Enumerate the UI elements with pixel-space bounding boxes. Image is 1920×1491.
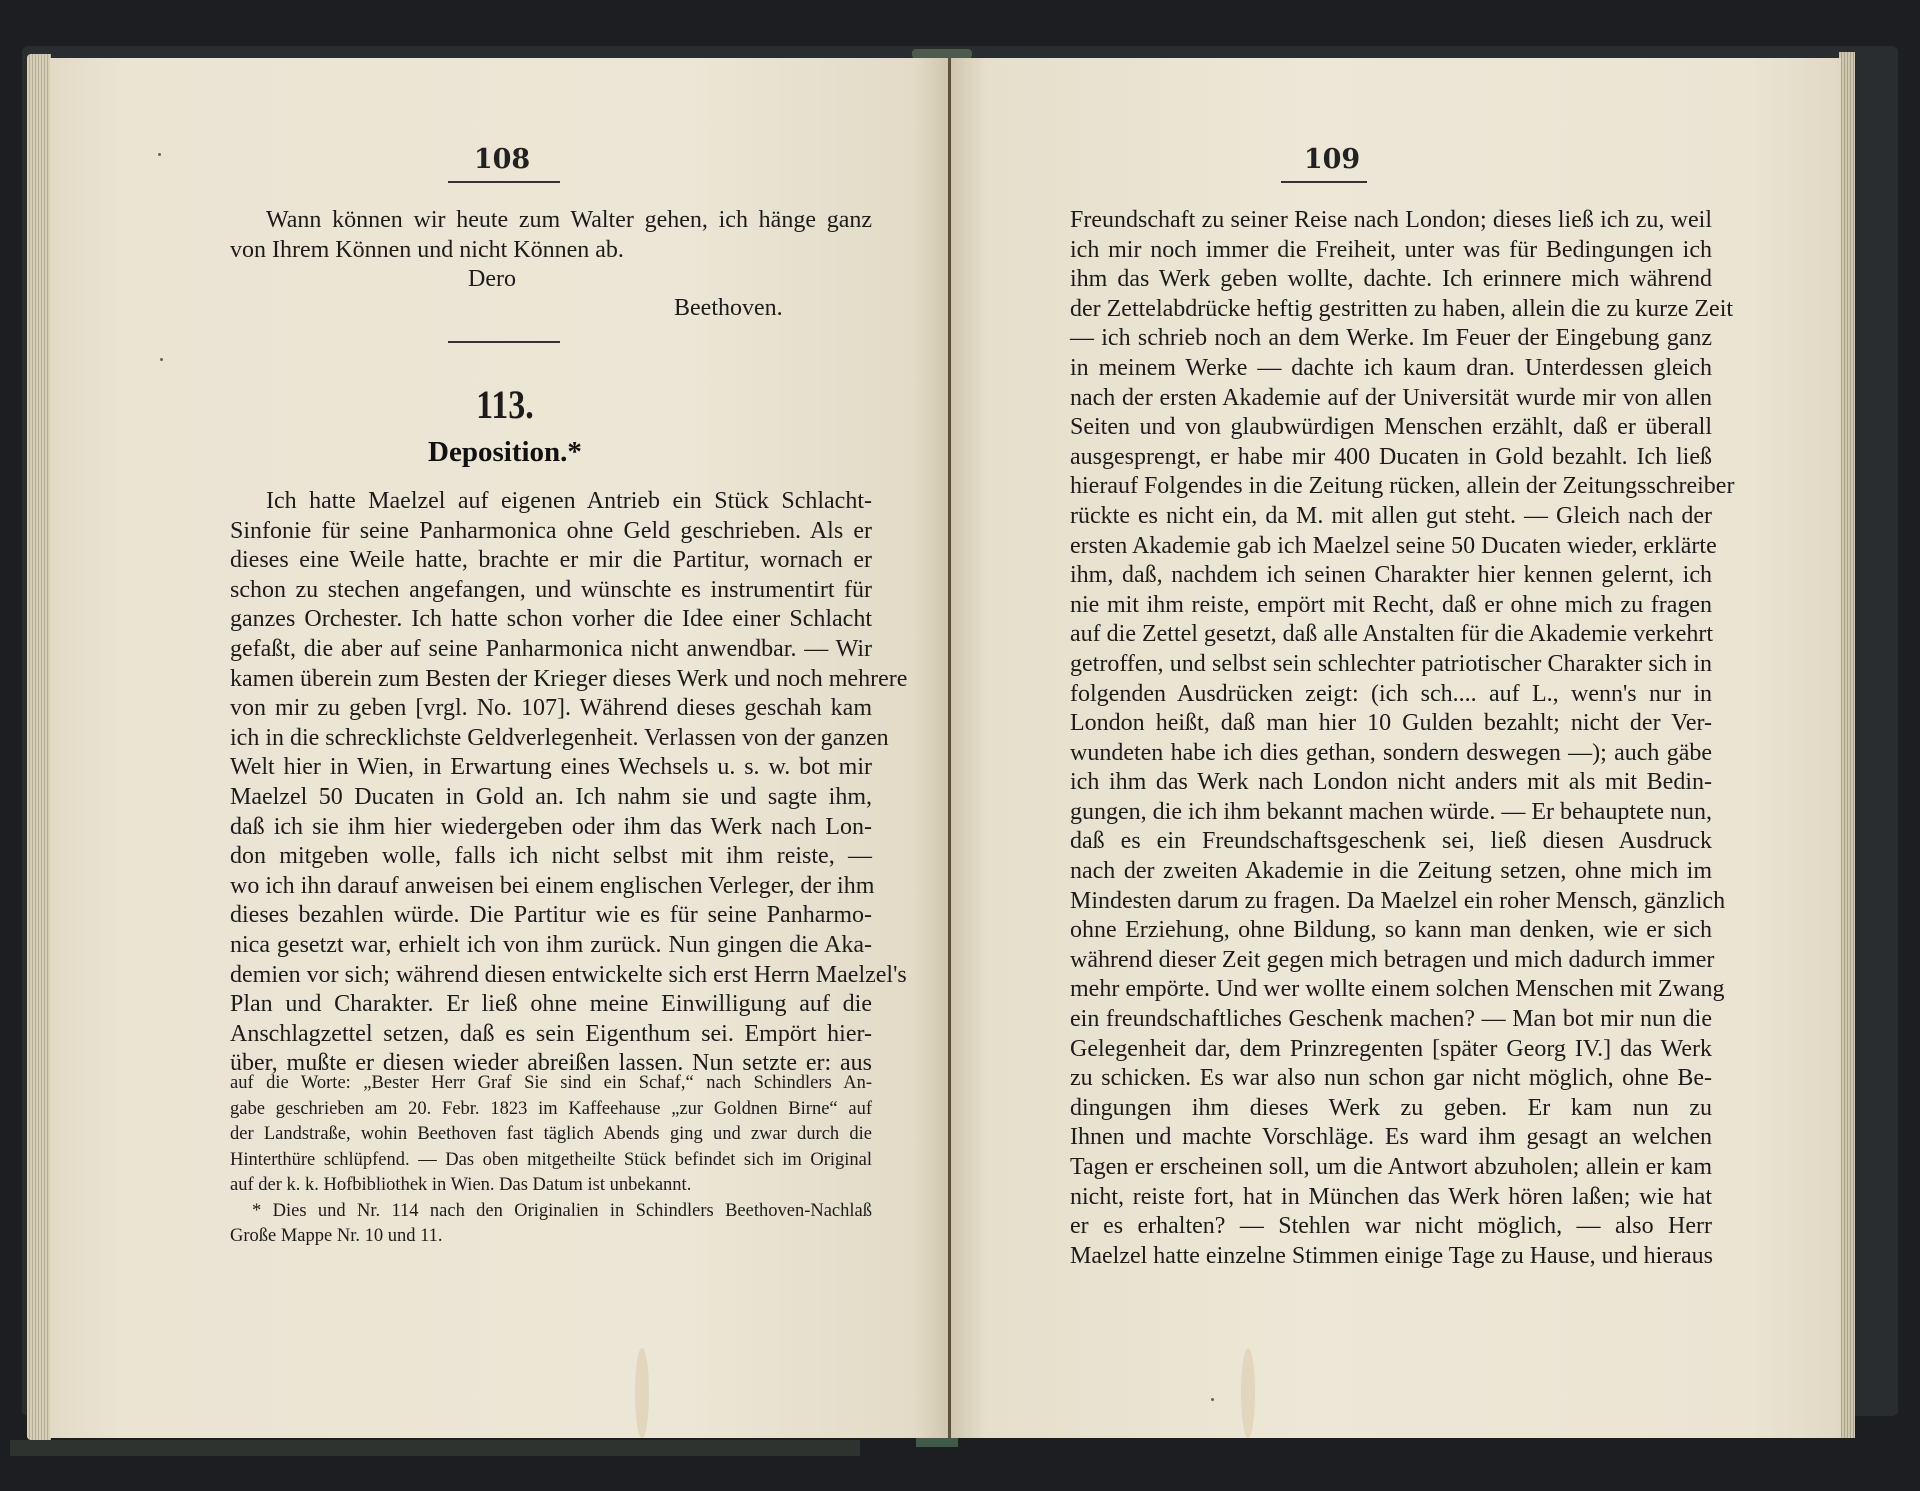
text-line: wundeten habe ich dies gethan, sondern d… (1070, 739, 1712, 769)
left-page: 108 Wann können wir heute zum Walter geh… (50, 58, 950, 1438)
paper-stain (1241, 1348, 1255, 1438)
text-line: rückte es nicht ein, da M. mit allen gut… (1070, 502, 1712, 532)
text-line: nach der zweiten Akademie in die Zeitung… (1070, 857, 1712, 887)
text-line: — ich schrieb noch an dem Werke. Im Feue… (1070, 324, 1712, 354)
text-line: Freundschaft zu seiner Reise nach London… (1070, 206, 1712, 236)
text-line: nach der ersten Akademie auf der Univers… (1070, 384, 1712, 414)
text-line: Ich hatte Maelzel auf eigenen Antrieb ei… (230, 487, 872, 517)
paper-stain (635, 1348, 649, 1438)
text-line: folgenden Ausdrücken zeigt: (ich sch....… (1070, 680, 1712, 710)
text-line: ich mir noch immer die Freiheit, unter w… (1070, 236, 1712, 266)
text-line: der Zettelabdrücke heftig gestritten zu … (1070, 295, 1712, 325)
text-line: ich in die schrecklichste Geldverlegenhe… (230, 724, 872, 754)
paper-fleck (158, 153, 161, 156)
text-line: von mir zu geben [vrgl. No. 107]. Währen… (230, 694, 872, 724)
paper-fleck (160, 358, 163, 361)
signature: Beethoven. (674, 295, 783, 322)
right-page: 109 Freundschaft zu seiner Reise nach Lo… (951, 58, 1841, 1438)
text-line: auf die Zettel gesetzt, daß alle Anstalt… (1070, 620, 1712, 650)
text-line: Sinfonie für seine Panharmonica ohne Gel… (230, 517, 872, 547)
text-line: kamen überein zum Besten der Krieger die… (230, 665, 872, 695)
footnote-line: Hinterthüre schlüpfend. — Das oben mitge… (230, 1148, 872, 1174)
section-rule (448, 341, 560, 343)
page-edges-left (27, 54, 51, 1440)
text-line: ihm, daß, nachdem ich seinen Charakter h… (1070, 561, 1712, 591)
cover-edge (10, 1440, 860, 1456)
text-line: Ihnen und machte Vorschläge. Es ward ihm… (1070, 1123, 1712, 1153)
header-rule (1281, 181, 1367, 183)
text-line: Mindesten darum zu fragen. Da Maelzel ei… (1070, 887, 1712, 917)
text-line: dingungen ihm dieses Werk zu geben. Er k… (1070, 1094, 1712, 1124)
text-line: nicht, reiste fort, hat in München das W… (1070, 1183, 1712, 1213)
text-line: don mitgeben wolle, falls ich nicht selb… (230, 842, 872, 872)
page-number: 109 (1232, 144, 1432, 175)
footnotes: auf die Worte: „Bester Herr Graf Sie sin… (230, 1071, 872, 1250)
text-line: nie mit ihm reiste, empört mit Recht, da… (1070, 591, 1712, 621)
text-line: nica gesetzt war, erhielt ich von ihm zu… (230, 931, 872, 961)
tailband (916, 1437, 958, 1447)
closing-dero: Dero (468, 266, 516, 293)
text-line: Seiten und von glaubwürdigen Menschen er… (1070, 413, 1712, 443)
footnote-line: auf der k. k. Hofbibliothek in Wien. Das… (230, 1173, 872, 1199)
text-line: mehr empörte. Und wer wollte einem solch… (1070, 975, 1712, 1005)
footnote-line: * Dies und Nr. 114 nach den Originalien … (230, 1199, 872, 1225)
page-number: 108 (402, 144, 602, 175)
text-line: gungen, die ich ihm bekannt machen würde… (1070, 798, 1712, 828)
text-line: in meinem Werke — dachte ich kaum dran. … (1070, 354, 1712, 384)
text-line: Welt hier in Wien, in Erwartung eines We… (230, 753, 872, 783)
page-edges-right (1839, 52, 1855, 1438)
footnote-line: der Landstraße, wohin Beethoven fast täg… (230, 1122, 872, 1148)
text-line: Tagen er erscheinen soll, um die Antwort… (1070, 1153, 1712, 1183)
section-title: Deposition.* (355, 436, 655, 469)
text-line: Gelegenheit dar, dem Prinzregenten [spät… (1070, 1035, 1712, 1065)
text-line: ohne Erziehung, ohne Bildung, so kann ma… (1070, 916, 1712, 946)
text-line: Maelzel hatte einzelne Stimmen einige Ta… (1070, 1242, 1712, 1272)
text-line: hierauf Folgendes in die Zeitung rücken,… (1070, 472, 1712, 502)
text-line: Maelzel 50 Ducaten in Gold an. Ich nahm … (230, 783, 872, 813)
text-line: ihm das Werk geben wollte, dachte. Ich e… (1070, 265, 1712, 295)
letter-end: Wann können wir heute zum Walter gehen, … (230, 206, 872, 265)
section-number: 113. (420, 381, 590, 428)
text-line: getroffen, und selbst sein schlechter pa… (1070, 650, 1712, 680)
text-line: dieses eine Weile hatte, brachte er mir … (230, 546, 872, 576)
text-line: während dieser Zeit gegen mich betragen … (1070, 946, 1712, 976)
text-line: ersten Akademie gab ich Maelzel seine 50… (1070, 532, 1712, 562)
text-line: schon zu stechen angefangen, und wünscht… (230, 576, 872, 606)
text-line: zu schicken. Es war also nun schon gar n… (1070, 1064, 1712, 1094)
text-line: daß es ein Freundschaftsgeschenk sei, li… (1070, 827, 1712, 857)
text-line: ausgesprengt, er habe mir 400 Ducaten in… (1070, 443, 1712, 473)
footnote-line: gabe geschrieben am 20. Febr. 1823 im Ka… (230, 1097, 872, 1123)
body-text: Ich hatte Maelzel auf eigenen Antrieb ei… (230, 487, 872, 1079)
text-line: daß ich sie ihm hier wiedergeben oder ih… (230, 813, 872, 843)
paper-fleck (1211, 1398, 1214, 1401)
text-line: ein freundschaftliches Geschenk machen? … (1070, 1005, 1712, 1035)
text-line: wo ich ihn darauf anweisen bei einem eng… (230, 872, 872, 902)
text-line: demien vor sich; während diesen entwicke… (230, 961, 872, 991)
footnote-line: auf die Worte: „Bester Herr Graf Sie sin… (230, 1071, 872, 1097)
text-line: von Ihrem Können und nicht Können ab. (230, 236, 872, 266)
header-rule (448, 181, 560, 183)
text-line: ich ihm das Werk nach London nicht ander… (1070, 768, 1712, 798)
text-line: Wann können wir heute zum Walter gehen, … (230, 206, 872, 236)
text-line: Anschlagzettel setzen, daß es sein Eigen… (230, 1020, 872, 1050)
footnote-line: Große Mappe Nr. 10 und 11. (230, 1224, 872, 1250)
body-text: Freundschaft zu seiner Reise nach London… (1070, 206, 1712, 1271)
text-line: gefaßt, die aber auf seine Panharmonica … (230, 635, 872, 665)
text-line: ganzes Orchester. Ich hatte schon vorher… (230, 605, 872, 635)
text-line: Plan und Charakter. Er ließ ohne meine E… (230, 990, 872, 1020)
text-line: London heißt, daß man hier 10 Gulden bez… (1070, 709, 1712, 739)
text-line: er es erhalten? — Stehlen war nicht mögl… (1070, 1212, 1712, 1242)
text-line: dieses bezahlen würde. Die Partitur wie … (230, 901, 872, 931)
